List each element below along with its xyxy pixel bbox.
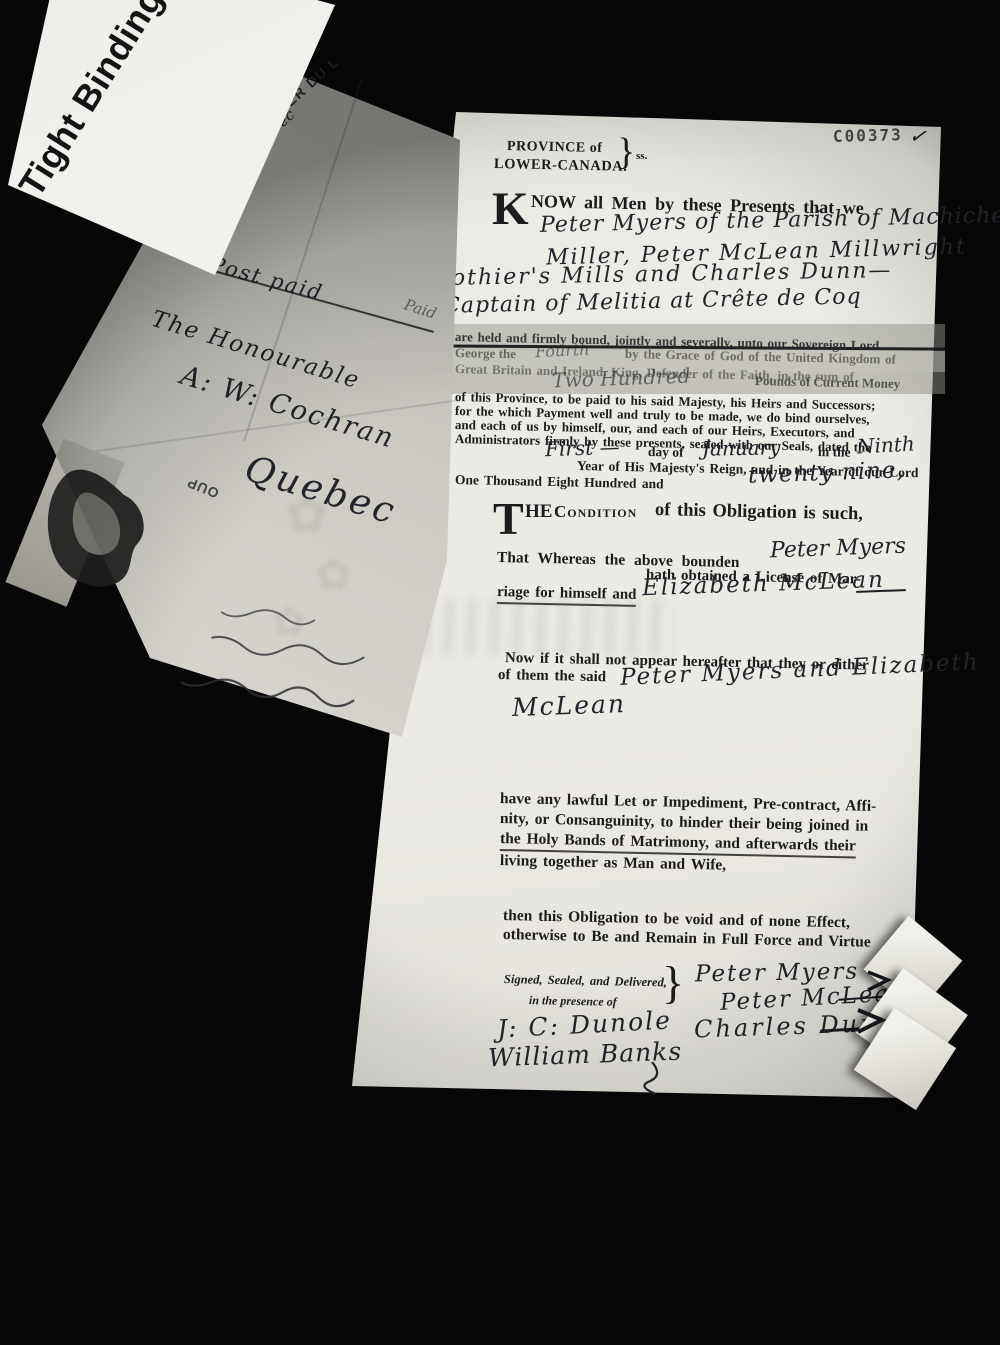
bond-sum-print: Pounds of Current Money [755,373,901,392]
regnal-number-hw: Fourth [535,340,590,362]
microfilm-scan: C00373 ✓ PROVINCE of LOWER-CANADA. } ss.… [0,0,1000,1345]
bond-faded-line2a: George the [455,345,516,362]
proviso-line2: of them the said [498,667,606,686]
bond-day-label: day of [648,444,684,461]
bond-sum-hw: Two Hundred [552,364,691,393]
watermark-flower: ✿ [315,550,352,601]
illegible-docket-scrawl [162,575,378,732]
bleedthrough-ghost [420,598,675,656]
catalog-number-stamp: C00373 [833,125,903,146]
province-line1: PROVINCE of [507,139,603,157]
province-line2: LOWER-CANADA. [494,156,628,176]
groom-name-hw: Peter Myers [770,534,907,564]
seal-chevron-flourish [866,970,892,992]
condition-he: HE [525,501,552,523]
seal-chevron-flourish [856,1008,886,1034]
condition-word: Condition [554,502,637,522]
bond-inthe-label: in the [818,444,851,461]
header-ss: ss. [636,150,647,162]
witness-flourish [638,1062,668,1096]
bride-surname-hw: McLean [512,689,627,722]
attestation-brace: } [662,956,684,1009]
checkmark-icon: ✓ [907,123,928,149]
bond-month-hw: January [702,435,781,460]
header-brace: } [617,130,635,174]
attestation-line2: in the presence of [529,993,617,1010]
opening-dropcap: K [492,186,529,233]
bond-regnal-hw: Ninth [856,432,915,459]
torn-seal-blob [40,455,160,605]
condition-dropcap: T [493,496,524,542]
bond-year-hw: twenty nine, [748,457,906,488]
condition-rest: of this Obligation is such, [655,500,863,525]
